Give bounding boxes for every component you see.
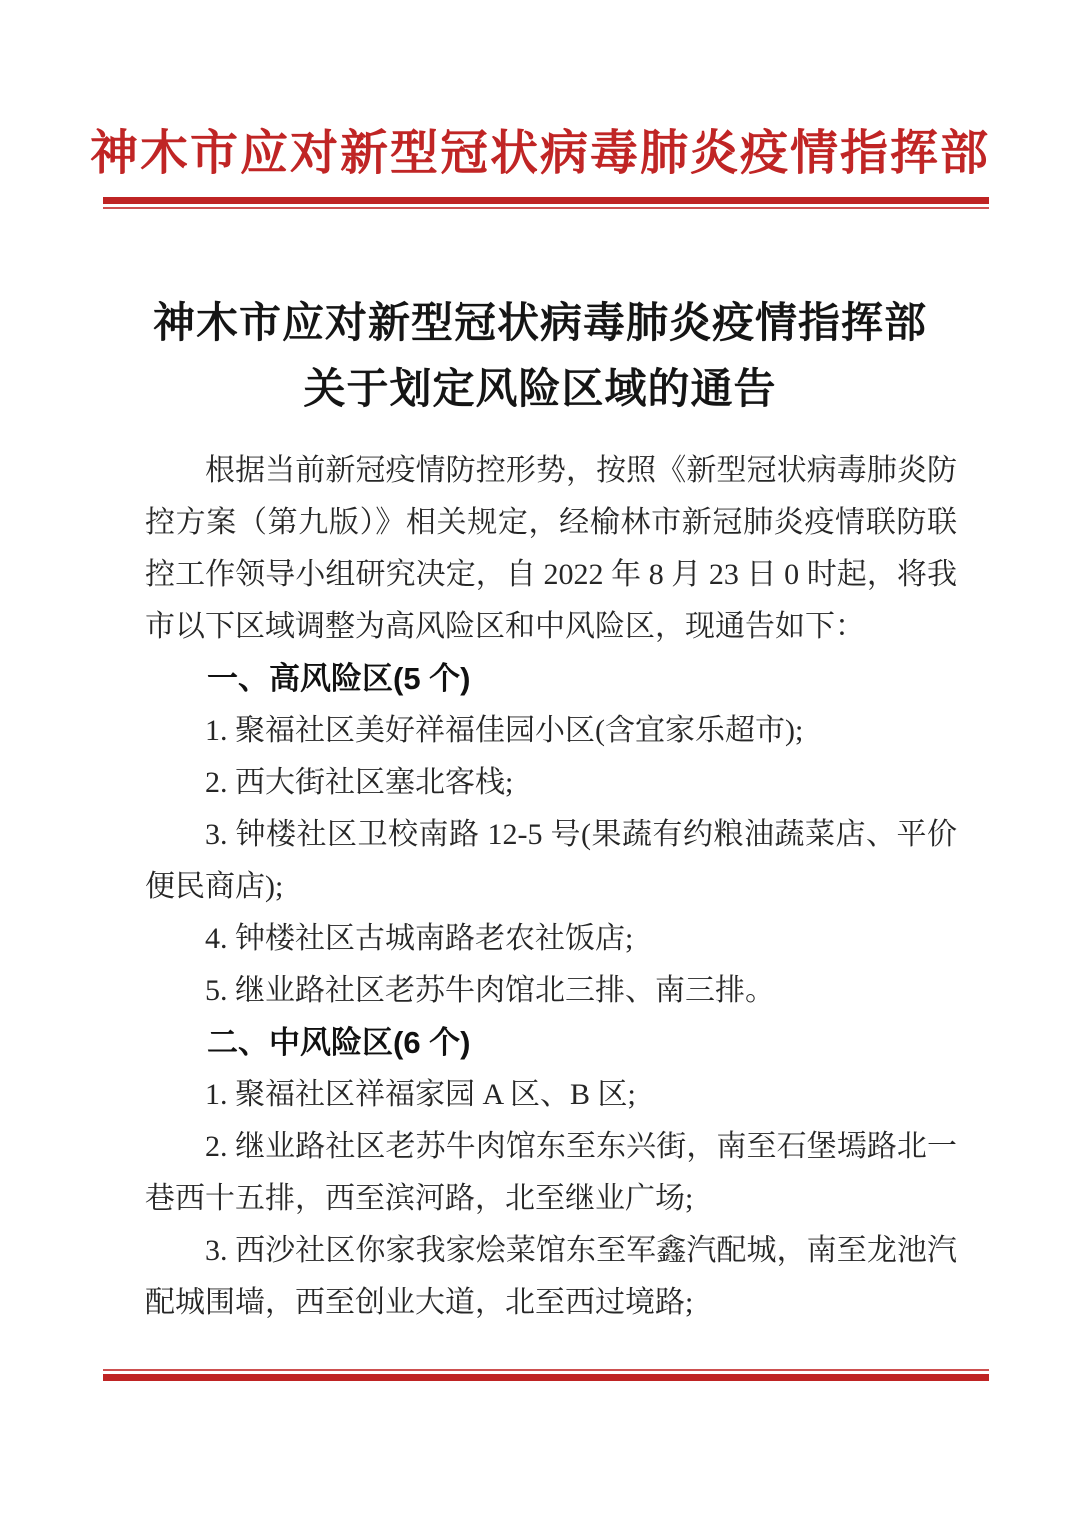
divider-thick-line	[103, 1374, 989, 1381]
high-risk-item-3: 3. 钟楼社区卫校南路 12-5 号(果蔬有约粮油蔬菜店、平价便民商店);	[145, 809, 957, 913]
high-risk-item-2: 2. 西大街社区塞北客栈;	[145, 757, 957, 809]
divider-thick-line	[103, 197, 989, 204]
high-risk-item-5: 5. 继业路社区老苏牛肉馆北三排、南三排。	[145, 965, 957, 1017]
divider-thin-line	[103, 1369, 989, 1371]
letterhead-org-name: 神木市应对新型冠状病毒肺炎疫情指挥部	[0, 0, 1080, 184]
medium-risk-item-3: 3. 西沙社区你家我家烩菜馆东至军鑫汽配城，南至龙池汽配城围墙，西至创业大道，北…	[145, 1225, 957, 1329]
letterhead-divider	[103, 197, 989, 209]
footer-divider	[103, 1369, 989, 1381]
section-heading-high-risk: 一、高风险区(5 个)	[145, 653, 957, 705]
high-risk-item-4: 4. 钟楼社区古城南路老农社饭店;	[145, 913, 957, 965]
intro-paragraph: 根据当前新冠疫情防控形势，按照《新型冠状病毒肺炎防控方案（第九版）》相关规定，经…	[145, 445, 957, 653]
divider-thin-line	[103, 207, 989, 209]
document-body: 根据当前新冠疫情防控形势，按照《新型冠状病毒肺炎防控方案（第九版）》相关规定，经…	[145, 445, 957, 1329]
section-heading-medium-risk: 二、中风险区(6 个)	[145, 1017, 957, 1069]
document-title-line1: 神木市应对新型冠状病毒肺炎疫情指挥部	[0, 291, 1080, 357]
document-title: 神木市应对新型冠状病毒肺炎疫情指挥部 关于划定风险区域的通告	[0, 291, 1080, 423]
medium-risk-item-1: 1. 聚福社区祥福家园 A 区、B 区;	[145, 1069, 957, 1121]
medium-risk-item-2: 2. 继业路社区老苏牛肉馆东至东兴街，南至石堡墕路北一巷西十五排，西至滨河路，北…	[145, 1121, 957, 1225]
document-page: 神木市应对新型冠状病毒肺炎疫情指挥部 神木市应对新型冠状病毒肺炎疫情指挥部 关于…	[0, 0, 1080, 1527]
document-title-line2: 关于划定风险区域的通告	[0, 357, 1080, 423]
high-risk-item-1: 1. 聚福社区美好祥福佳园小区(含宜家乐超市);	[145, 705, 957, 757]
